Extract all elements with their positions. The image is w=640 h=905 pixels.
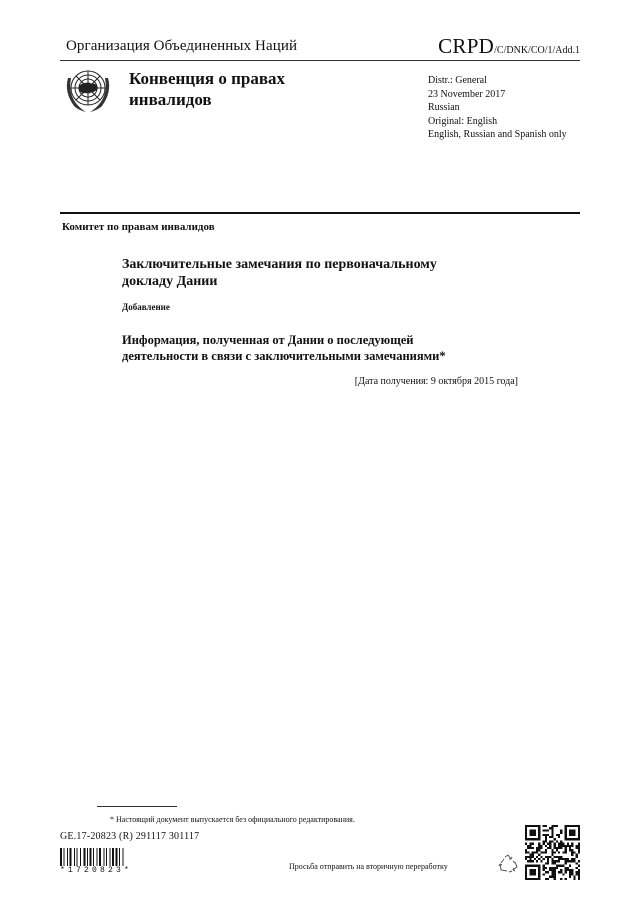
document-symbol: CRPD/C/DNK/CO/1/Add.1 xyxy=(438,34,580,59)
job-number: GE.17-20823 (R) 291117 301117 xyxy=(60,831,199,842)
committee-name: Комитет по правам инвалидов xyxy=(62,221,215,233)
section-rule xyxy=(60,212,580,214)
qr-code-icon xyxy=(525,825,580,880)
issue-date: 23 November 2017 xyxy=(428,88,567,102)
languages-only: English, Russian and Spanish only xyxy=(428,128,567,142)
convention-title: Конвенция о правах инвалидов xyxy=(129,68,285,110)
footnote-rule xyxy=(97,806,177,807)
recycle-icon xyxy=(497,853,519,875)
language: Russian xyxy=(428,101,567,115)
un-emblem-icon xyxy=(62,66,114,116)
date-received: [Дата получения: 9 октября 2015 года] xyxy=(355,376,518,387)
footnote: * Настоящий документ выпускается без офи… xyxy=(110,815,355,824)
barcode-text: *1720823* xyxy=(60,866,132,875)
original-language: Original: English xyxy=(428,115,567,129)
symbol-main: CRPD xyxy=(438,34,494,58)
symbol-rest: /C/DNK/CO/1/Add.1 xyxy=(494,45,580,56)
addendum-label: Добавление xyxy=(122,302,170,312)
header-rule xyxy=(60,60,580,61)
barcode-icon xyxy=(60,848,152,866)
recycle-text: Просьба отправить на вторичную переработ… xyxy=(289,862,448,871)
organization-name: Организация Объединенных Наций xyxy=(66,38,297,55)
document-title: Заключительные замечания по первоначальн… xyxy=(122,256,522,290)
distr-label: Distr.: General xyxy=(428,74,567,88)
document-subtitle: Информация, полученная от Дании о послед… xyxy=(122,333,522,364)
distribution-block: Distr.: General 23 November 2017 Russian… xyxy=(428,74,567,142)
